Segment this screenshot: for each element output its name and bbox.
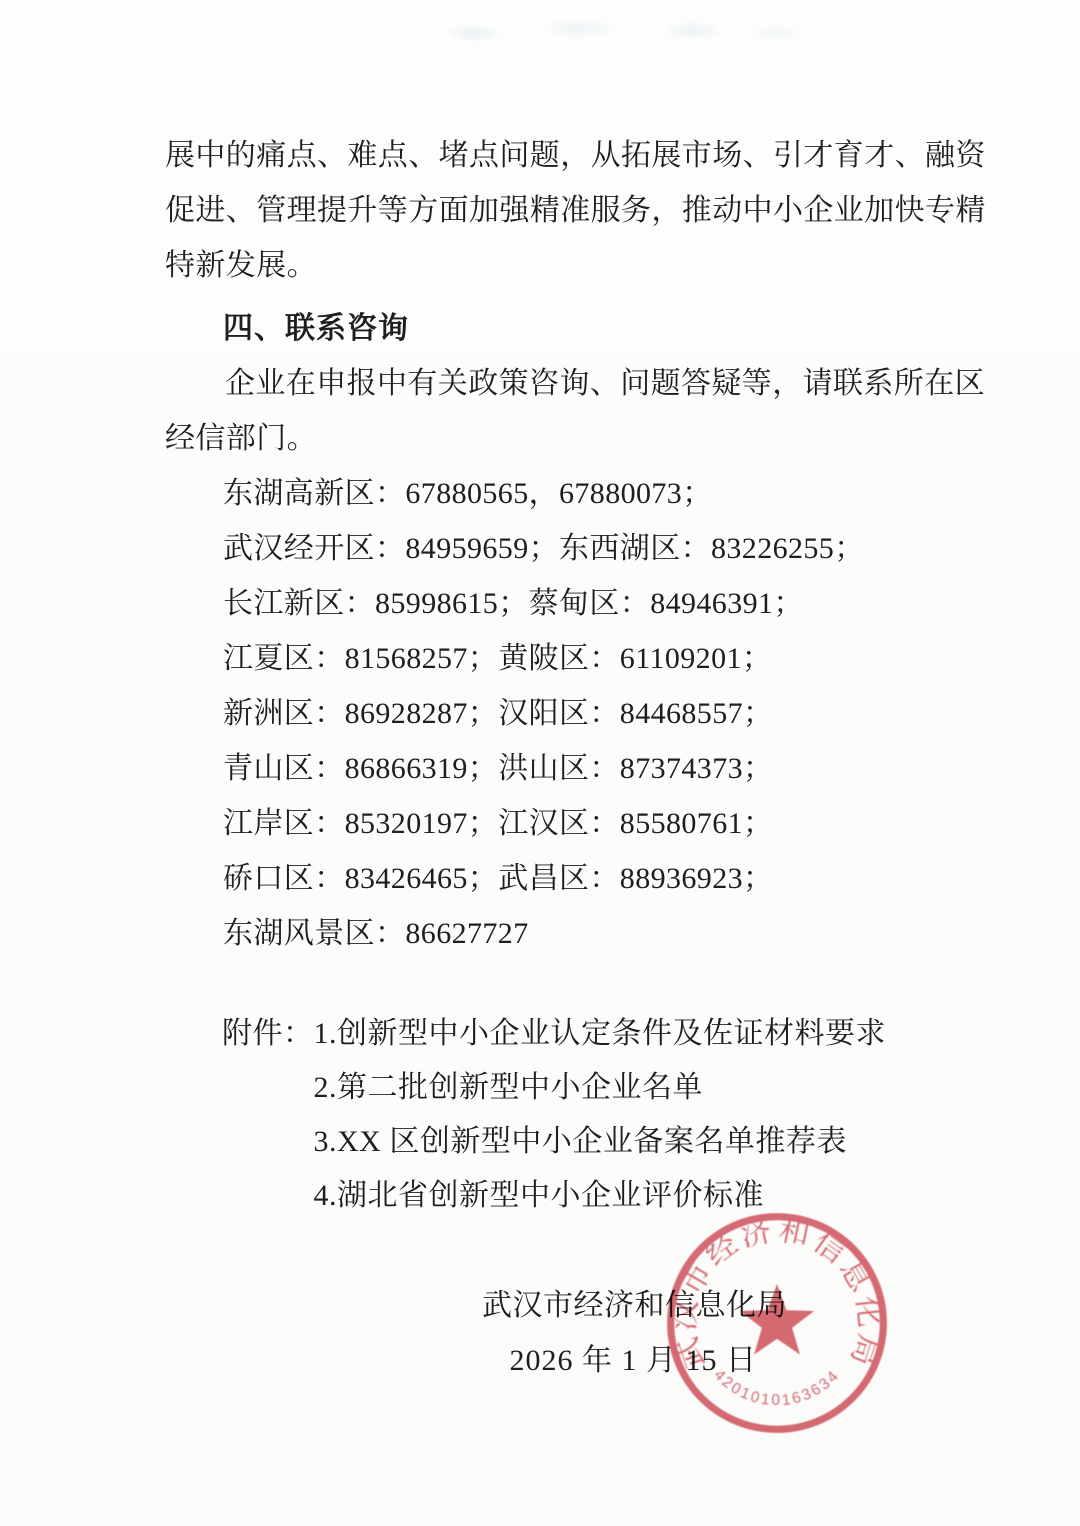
seal-code-text: 4201010163634 — [710, 1366, 843, 1409]
attachment-item: 2.第二批创新型中小企业名单 — [314, 1061, 887, 1115]
attachments-list: 1.创新型中小企业认定条件及佐证材料要求2.第二批创新型中小企业名单3.XX 区… — [314, 1007, 887, 1223]
district-phone-line: 武汉经开区：84959659；东西湖区：83226255； — [223, 521, 960, 576]
district-phone-line: 东湖风景区：86627727 — [223, 906, 960, 961]
attachment-item: 3.XX 区创新型中小企业备案名单推荐表 — [314, 1115, 887, 1169]
paragraph-line: 促进、管理提升等方面加强精准服务，推动中小企业加快专精 — [165, 183, 960, 238]
attachment-item: 1.创新型中小企业认定条件及佐证材料要求 — [314, 1007, 887, 1061]
seal-star-icon — [740, 1284, 814, 1355]
district-phone-line: 新洲区：86928287；汉阳区：84468557； — [223, 686, 960, 741]
district-phone-line: 长江新区：85998615；蔡甸区：84946391； — [223, 576, 960, 631]
district-phone-list: 东湖高新区：67880565，67880073；武汉经开区：84959659；东… — [223, 466, 960, 961]
closing-paragraph: 展中的痛点、难点、堵点问题，从拓展市场、引才育才、融资促进、管理提升等方面加强精… — [165, 128, 960, 293]
paragraph-line: 经信部门。 — [165, 411, 960, 466]
section-heading: 四、联系咨询 — [223, 301, 960, 356]
scan-bleed-smudge — [390, 8, 810, 53]
svg-text:4201010163634: 4201010163634 — [710, 1366, 843, 1409]
district-phone-line: 硚口区：83426465；武昌区：88936923； — [223, 851, 960, 906]
document-page: 展中的痛点、难点、堵点问题，从拓展市场、引才育才、融资促进、管理提升等方面加强精… — [0, 0, 1080, 1526]
attachments-block: 附件： 1.创新型中小企业认定条件及佐证材料要求2.第二批创新型中小企业名单3.… — [222, 1007, 960, 1223]
official-seal: 武汉市经济和信息化局 4201010163634 — [664, 1210, 890, 1436]
paragraph-line: 企业在申报中有关政策咨询、问题答疑等，请联系所在区 — [165, 356, 960, 411]
district-phone-line: 东湖高新区：67880565，67880073； — [223, 466, 960, 521]
district-phone-line: 江岸区：85320197；江汉区：85580761； — [223, 796, 960, 851]
paragraph-line: 展中的痛点、难点、堵点问题，从拓展市场、引才育才、融资 — [165, 128, 960, 183]
contact-intro-paragraph: 企业在申报中有关政策咨询、问题答疑等，请联系所在区经信部门。 — [165, 356, 960, 466]
attachments-label: 附件： — [222, 1007, 314, 1061]
paragraph-line: 特新发展。 — [165, 238, 960, 293]
district-phone-line: 青山区：86866319；洪山区：87374373； — [223, 741, 960, 796]
district-phone-line: 江夏区：81568257；黄陂区：61109201； — [223, 631, 960, 686]
